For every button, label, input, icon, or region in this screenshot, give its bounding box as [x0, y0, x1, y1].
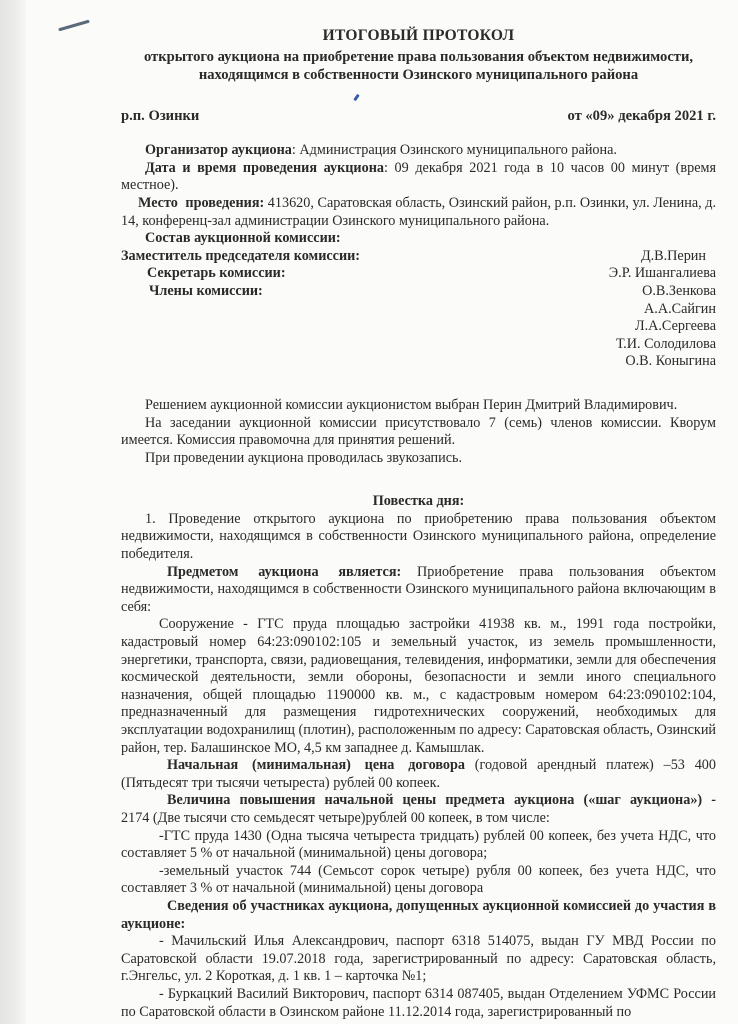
commission-row: О.В. Коныгина — [121, 353, 716, 371]
agenda-item-1: 1. Проведение открытого аукциона по прио… — [121, 511, 716, 564]
commission-name: Д.В.Перин — [506, 248, 716, 266]
participants-heading: Сведения об участниках аукциона, допущен… — [121, 898, 716, 932]
participant-item: - Буркацкий Василий Викторович, паспорт … — [121, 986, 716, 1021]
agenda-heading: Повестка дня: — [121, 493, 716, 511]
datetime-label: Дата и время проведения аукциона — [145, 160, 384, 176]
commission-name: О.В.Зенкова — [516, 283, 716, 301]
scan-edge-shadow — [0, 0, 26, 1024]
document-subtitle-line1: открытого аукциона на приобретение права… — [121, 48, 716, 66]
commission-role: Заместитель председателя комиссии: — [121, 248, 360, 266]
commission-name: Л.А.Сергеева — [516, 318, 716, 336]
commission-name: О.В. Коныгина — [516, 353, 716, 371]
document-title: ИТОГОВЫЙ ПРОТОКОЛ — [121, 27, 716, 45]
document-date: от «09» декабря 2021 г. — [567, 108, 716, 126]
commission-row: Заместитель председателя комиссии: Д.В.П… — [121, 248, 716, 266]
step-paragraph: Величина повышения начальной цены предме… — [121, 792, 716, 827]
auctioneer-paragraph: Решением аукционной комиссии аукционисто… — [121, 397, 716, 415]
start-price-paragraph: Начальная (минимальная) цена договора (г… — [121, 757, 716, 792]
commission-name: А.А.Сайгин — [516, 301, 716, 319]
venue-paragraph: Место проведения: 413620, Саратовская об… — [121, 195, 716, 230]
recording-paragraph: При проведении аукциона проводилась звук… — [121, 450, 716, 468]
structure-paragraph: Сооружение - ГТС пруда площадью застройк… — [121, 616, 716, 757]
organizer-value: : Администрация Озинского муниципального… — [292, 142, 617, 158]
place: р.п. Озинки — [121, 108, 199, 126]
commission-name: Т.И. Солодилова — [516, 336, 716, 354]
commission-row: Л.А.Сергеева — [121, 318, 716, 336]
commission-role: Члены комиссии: — [121, 283, 263, 301]
commission-row: Члены комиссии: О.В.Зенкова — [121, 283, 716, 301]
commission-row: Секретарь комиссии: Э.Р. Ишангалиева — [121, 265, 716, 283]
commission-role: Секретарь комиссии: — [121, 265, 286, 283]
step-land-paragraph: -земельный участок 744 (Семьсот сорок че… — [121, 863, 716, 898]
organizer-label: Организатор аукциона — [145, 142, 292, 158]
place-date-row: р.п. Озинки от «09» декабря 2021 г. — [121, 108, 716, 126]
quorum-paragraph: На заседании аукционной комиссии присутс… — [121, 415, 716, 450]
datetime-paragraph: Дата и время проведения аукциона: 09 дек… — [121, 160, 716, 195]
commission-list: Заместитель председателя комиссии: Д.В.П… — [121, 248, 716, 371]
subject-paragraph: Предметом аукциона является: Приобретени… — [121, 564, 716, 617]
organizer-paragraph: Организатор аукциона: Администрация Озин… — [121, 142, 716, 160]
venue-label: Место проведения: — [138, 195, 264, 211]
subject-label: Предметом аукциона является: — [167, 564, 401, 580]
document-subtitle-line2: находящимся в собственности Озинского му… — [121, 66, 716, 84]
start-price-label: Начальная (минимальная) цена договора — [167, 757, 465, 773]
commission-heading-paragraph: Состав аукционной комиссии: — [121, 230, 716, 248]
commission-heading: Состав аукционной комиссии: — [145, 230, 341, 246]
step-gts-paragraph: -ГТС пруда 1430 (Одна тысяча четыреста т… — [121, 828, 716, 863]
pen-mark — [58, 20, 90, 32]
commission-row: Т.И. Солодилова — [121, 336, 716, 354]
participant-item: - Мачильский Илья Александрович, паспорт… — [121, 933, 716, 986]
commission-name: Э.Р. Ишангалиева — [516, 265, 716, 283]
participants-heading-paragraph: Сведения об участниках аукциона, допущен… — [121, 898, 716, 933]
protocol-document: ИТОГОВЫЙ ПРОТОКОЛ открытого аукциона на … — [121, 27, 716, 1021]
step-value: 2174 (Две тысячи сто семьдесят четыре)ру… — [121, 810, 550, 826]
commission-row: А.А.Сайгин — [121, 301, 716, 319]
step-label: Величина повышения начальной цены предме… — [167, 792, 716, 808]
